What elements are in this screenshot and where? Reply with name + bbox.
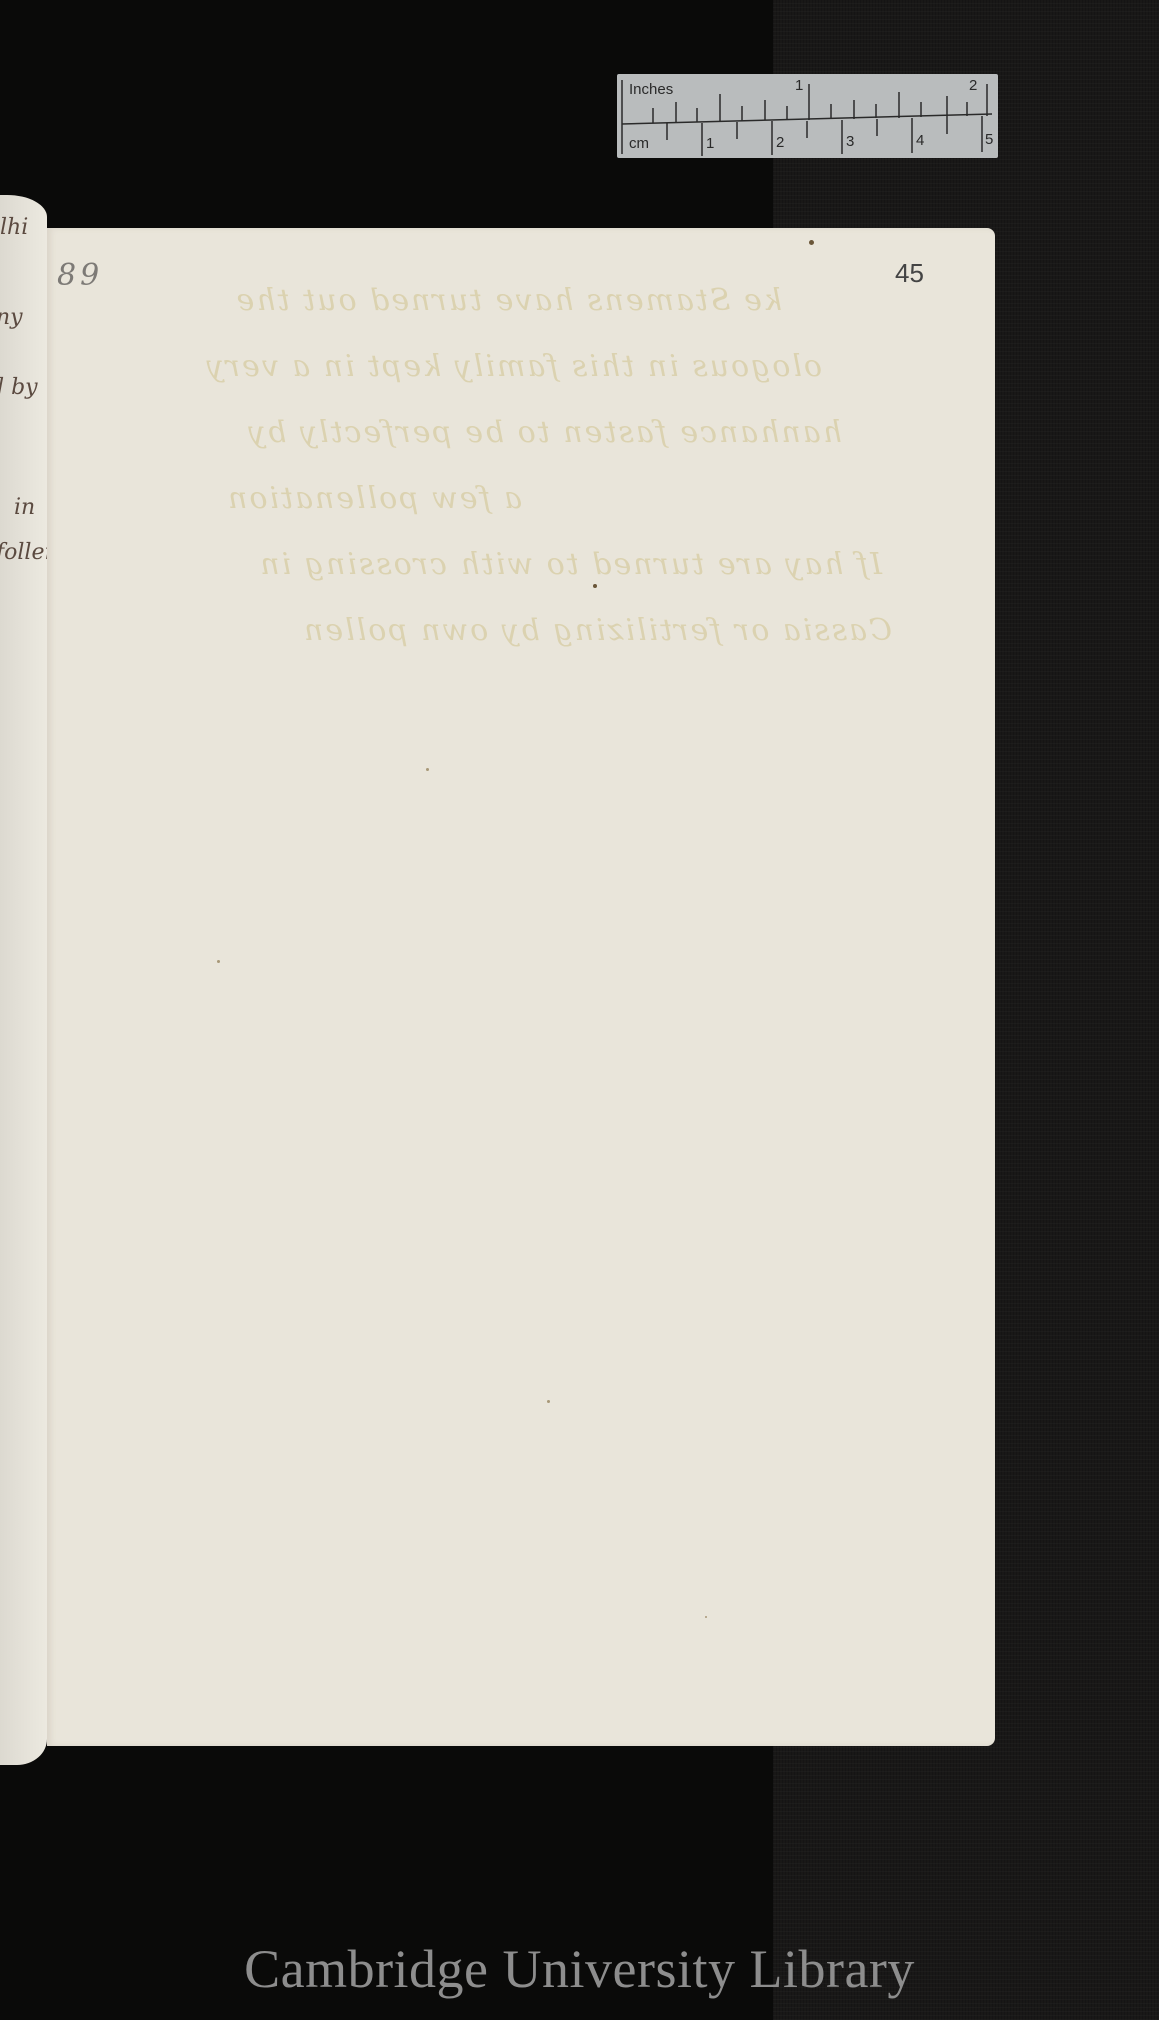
folio-number-left: 89	[57, 258, 103, 293]
bleed-through-line: hanhance fasten to be perfectly by	[142, 400, 902, 466]
ruler-cm-mark: 2	[776, 135, 784, 150]
ruler-ticks-icon	[617, 74, 998, 158]
handwriting-fragment: ny	[0, 305, 23, 330]
ruler-cm-label: cm	[629, 136, 649, 151]
paper-spot	[593, 584, 597, 588]
paper-spot	[217, 960, 220, 963]
library-watermark: Cambridge University Library	[0, 1938, 1159, 2000]
ruler-inch-mark: 2	[969, 78, 977, 93]
paper-spot	[705, 1616, 707, 1618]
ruler-inches-label: Inches	[629, 82, 673, 97]
ruler-cm-mark: 3	[846, 134, 854, 149]
manuscript-page: 89 45 ke Stamens have turned out the olo…	[47, 228, 995, 1746]
handwriting-fragment: d by	[0, 375, 38, 400]
scale-ruler: Inches 1 2 cm 1 2 3 4 5	[617, 74, 998, 158]
ruler-inch-mark: 1	[795, 78, 803, 93]
ruler-cm-mark: 1	[706, 136, 714, 151]
ruler-cm-mark: 5	[985, 132, 993, 147]
bleed-through-line: If hay are turned to with crossing in	[142, 532, 902, 598]
previous-page-edge: lhi ny d by in follen	[0, 195, 47, 1765]
handwriting-fragment: in	[14, 495, 35, 520]
paper-spot	[547, 1400, 550, 1403]
paper-spot	[809, 240, 814, 245]
bleed-through-line: ke Stamens have turned out the	[142, 268, 902, 334]
ruler-cm-mark: 4	[916, 133, 924, 148]
bleed-through-line: ologous in this family kept in a very	[142, 334, 902, 400]
bleed-through-text: ke Stamens have turned out the ologous i…	[142, 268, 902, 664]
bleed-through-line: a few pollenation	[142, 466, 902, 532]
bleed-through-line: Cassia or fertilizing by own pollen	[142, 598, 902, 664]
paper-spot	[426, 768, 429, 771]
handwriting-fragment: lhi	[0, 215, 28, 240]
